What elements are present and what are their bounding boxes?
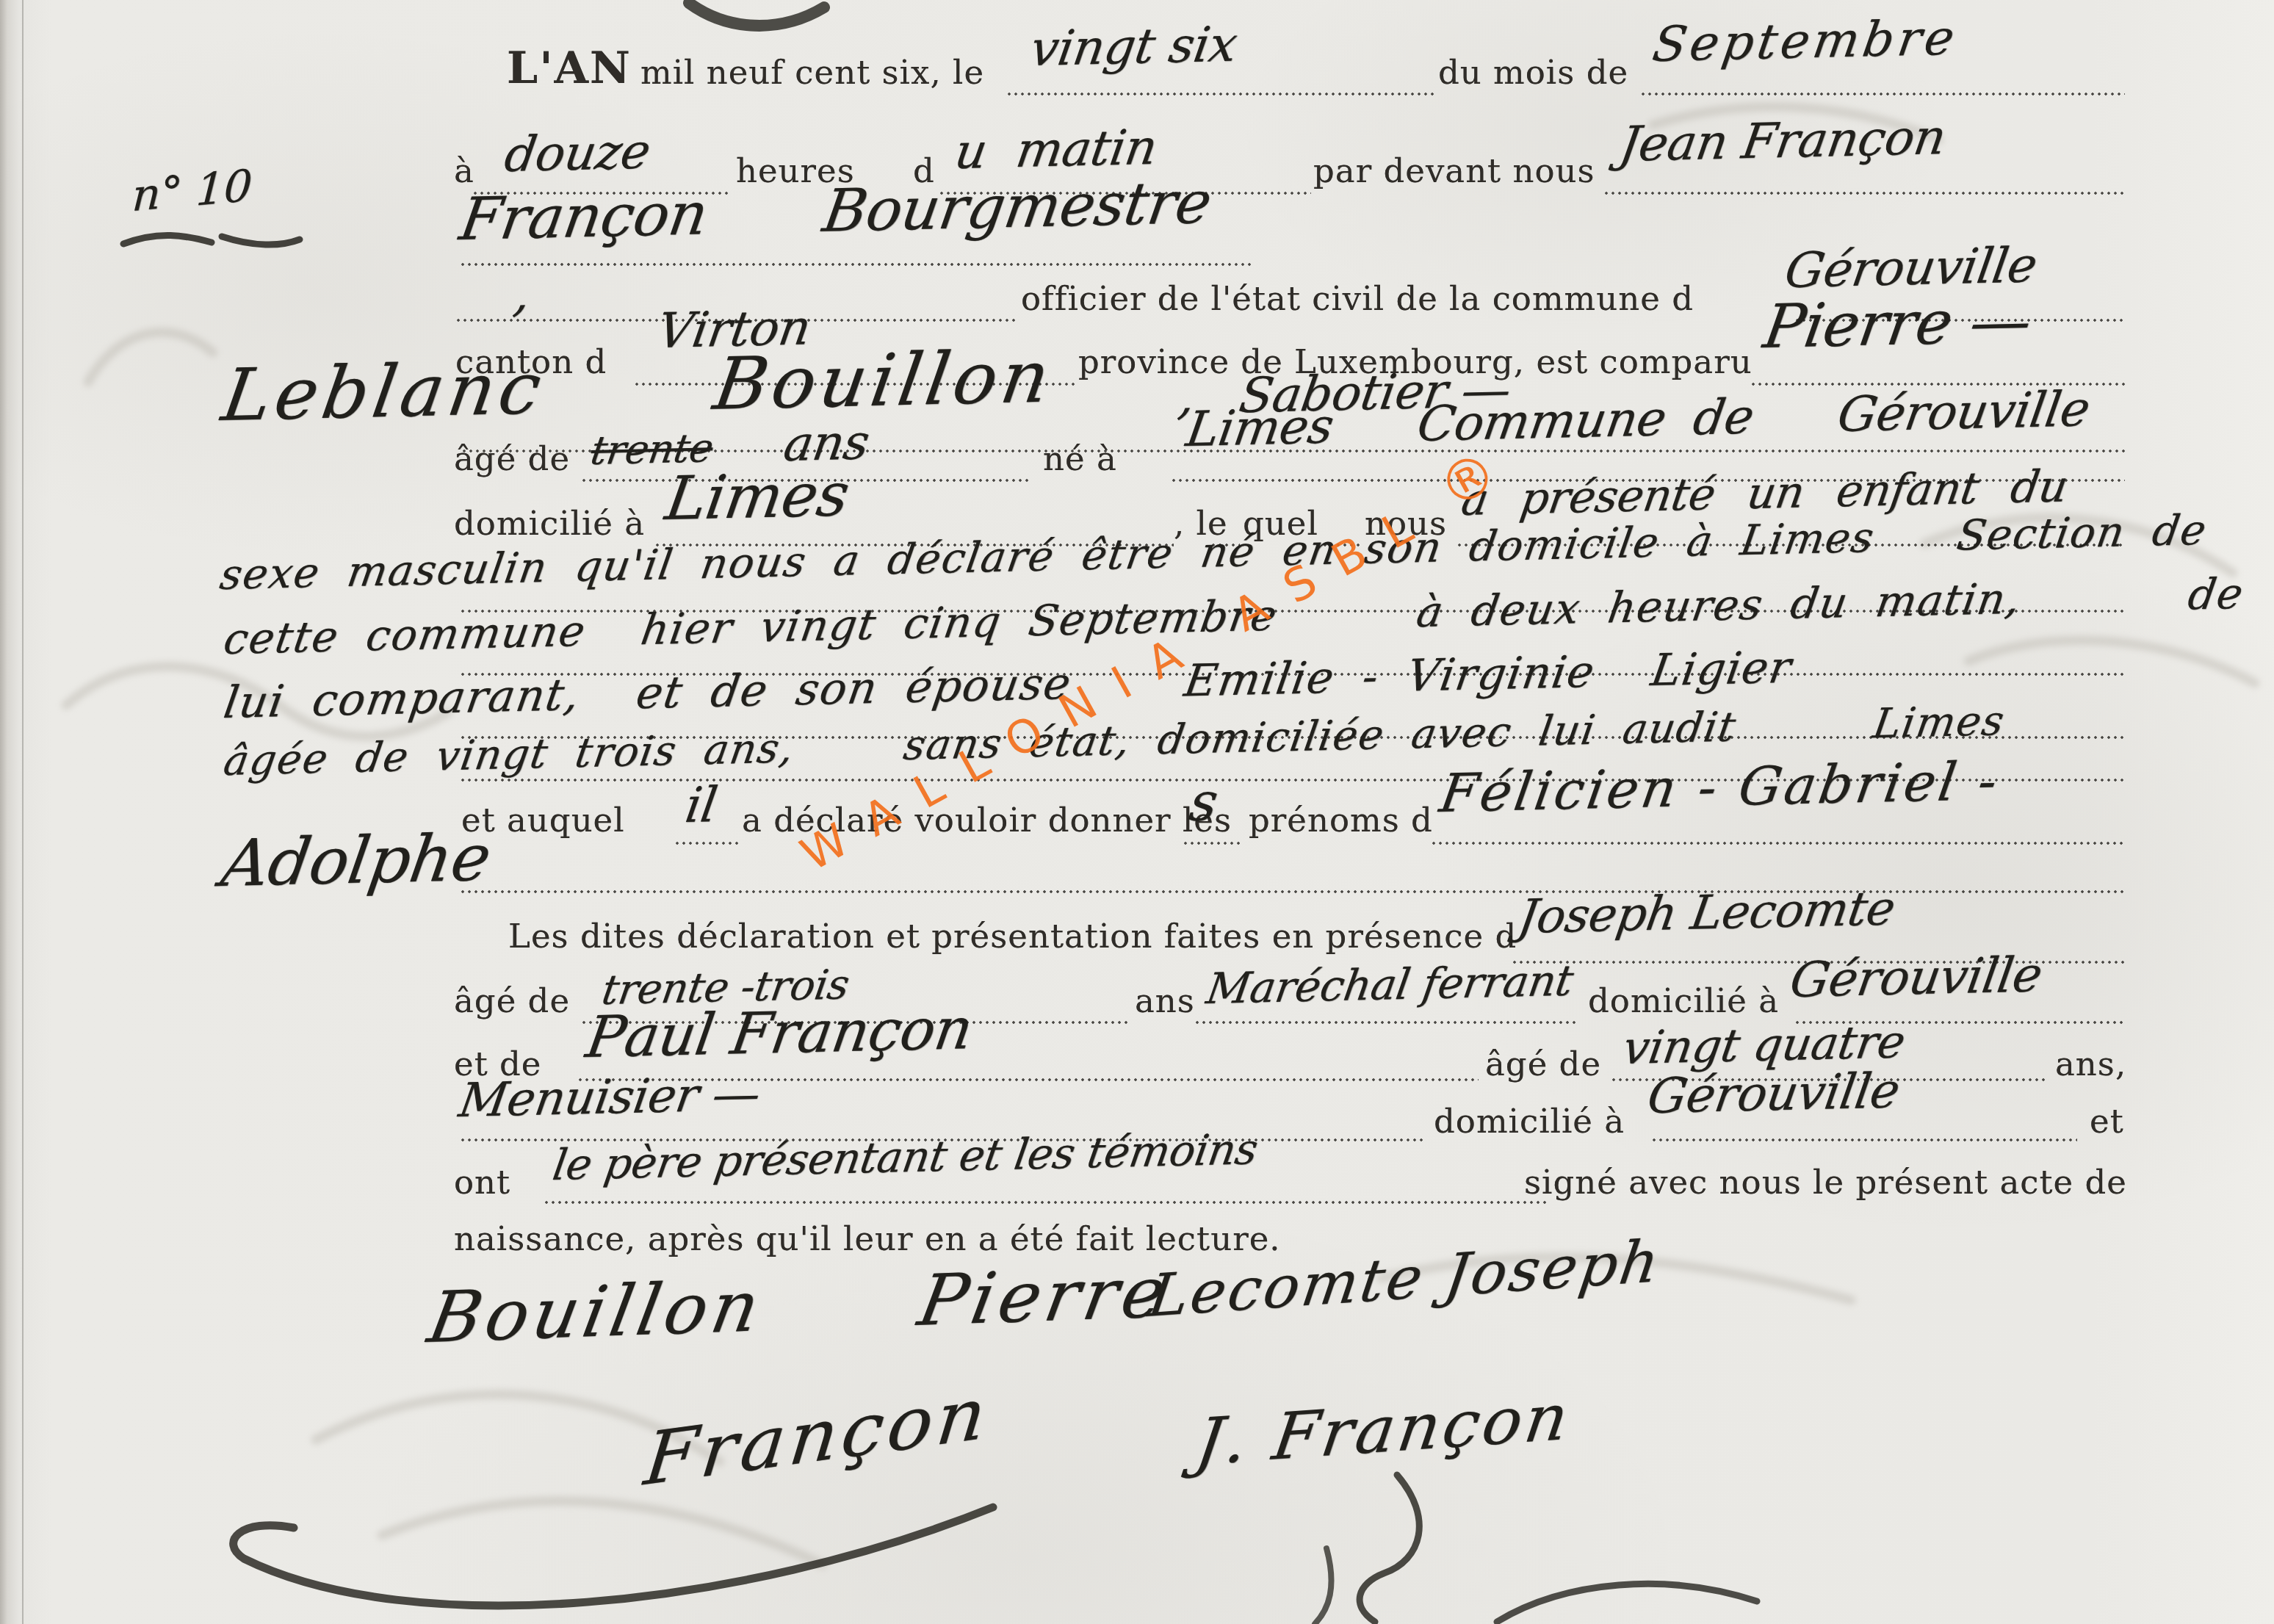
record-number-flourish	[123, 235, 212, 244]
record-number-flourish-2	[222, 237, 300, 245]
printed-age-de-2: âgé de	[454, 981, 570, 1020]
page-edge-line	[22, 0, 24, 1624]
top-edge-ink-mark	[689, 3, 824, 26]
hw-signing-parties: le père présentant et les témoins	[549, 1124, 1261, 1190]
hw-comma: ,	[510, 266, 534, 322]
printed-ans-3: ans,	[2055, 1044, 2126, 1083]
hw-given-names-1: Félicien - Gabriel -	[1436, 750, 2004, 824]
signature-witness2: Françon	[640, 1371, 994, 1502]
hw-day: vingt six	[1027, 16, 1241, 77]
hw-witness1-profession: Maréchal ferrant	[1203, 956, 1576, 1014]
dotted-rule	[676, 842, 740, 845]
hw-witness1-residence: Gérouville	[1786, 946, 2046, 1008]
hw-declarant-firstname: Pierre —	[1759, 286, 2036, 362]
printed-prenoms-d: prénoms d	[1249, 801, 1433, 840]
hw-officer-firstname: Jean Françon	[1616, 109, 1949, 173]
hw-witness2-residence: Gérouville	[1644, 1062, 1903, 1125]
printed-ont: ont	[454, 1163, 510, 1202]
hw-witness2-profession: Menuisier —	[455, 1067, 764, 1128]
hw-residence: Limes	[661, 460, 853, 534]
dotted-rule	[1653, 1138, 2077, 1141]
printed-year-phrase: mil neuf cent six, le	[640, 53, 984, 92]
signature-declarant: Bouillon Pierre	[422, 1251, 1176, 1359]
dotted-rule	[1432, 842, 2125, 845]
dotted-rule	[545, 1201, 1550, 1204]
hw-il: il	[682, 776, 721, 834]
record-number: n° 10	[131, 160, 253, 222]
hw-hour: douze	[501, 123, 654, 183]
dotted-rule	[1196, 1021, 1578, 1024]
printed-ne-a: né à	[1043, 439, 1117, 478]
printed-domicilie-a-3: domicilié à	[1434, 1102, 1625, 1141]
bottom-right-partial-signature	[1497, 1584, 1757, 1622]
francon-signature-flourish	[234, 1507, 993, 1606]
hw-month: Septembre	[1649, 10, 1962, 73]
dotted-rule	[1184, 842, 1243, 845]
printed-les-dites-declaration: Les dites déclaration et présentation fa…	[508, 917, 1517, 956]
printed-age-de: âgé de	[454, 439, 570, 478]
birth-certificate-scan: n° 10 L'AN mil neuf cent six, le vingt s…	[0, 0, 2274, 1624]
dotted-rule	[1642, 93, 2125, 95]
hw-given-names-2: Adolphe	[217, 820, 496, 901]
printed-signe-avec-nous: signé avec nous le présent acte de	[1524, 1163, 2127, 1202]
bottom-partial-descender	[1315, 1548, 1332, 1624]
dotted-rule	[461, 263, 1251, 266]
dotted-rule	[1605, 192, 2125, 195]
printed-domicilie-a: domicilié à	[454, 504, 645, 543]
printed-ans-2: ans	[1135, 981, 1195, 1020]
printed-du-mois-de: du mois de	[1438, 53, 1628, 92]
printed-par-devant-nous: par devant nous	[1313, 151, 1595, 190]
printed-et: et	[2090, 1102, 2124, 1141]
printed-officier-etat-civil: officier de l'état civil de la commune d	[1021, 279, 1694, 318]
printed-domicilie-a-2: domicilié à	[1588, 981, 1779, 1020]
hw-witness1-name: Joseph Lecomte	[1515, 881, 1899, 945]
dotted-rule	[1008, 93, 1434, 95]
printed-age-de-3: âgé de	[1485, 1044, 1601, 1083]
printed-lan: L'AN	[507, 43, 632, 94]
signature-officer: J. Françon	[1191, 1379, 1575, 1480]
hw-declarant-surname: Leblanc Bouillon	[217, 335, 1059, 438]
jfrancon-signature-flourish	[1360, 1475, 1419, 1622]
hw-witness2-name: Paul Françon	[582, 996, 977, 1071]
